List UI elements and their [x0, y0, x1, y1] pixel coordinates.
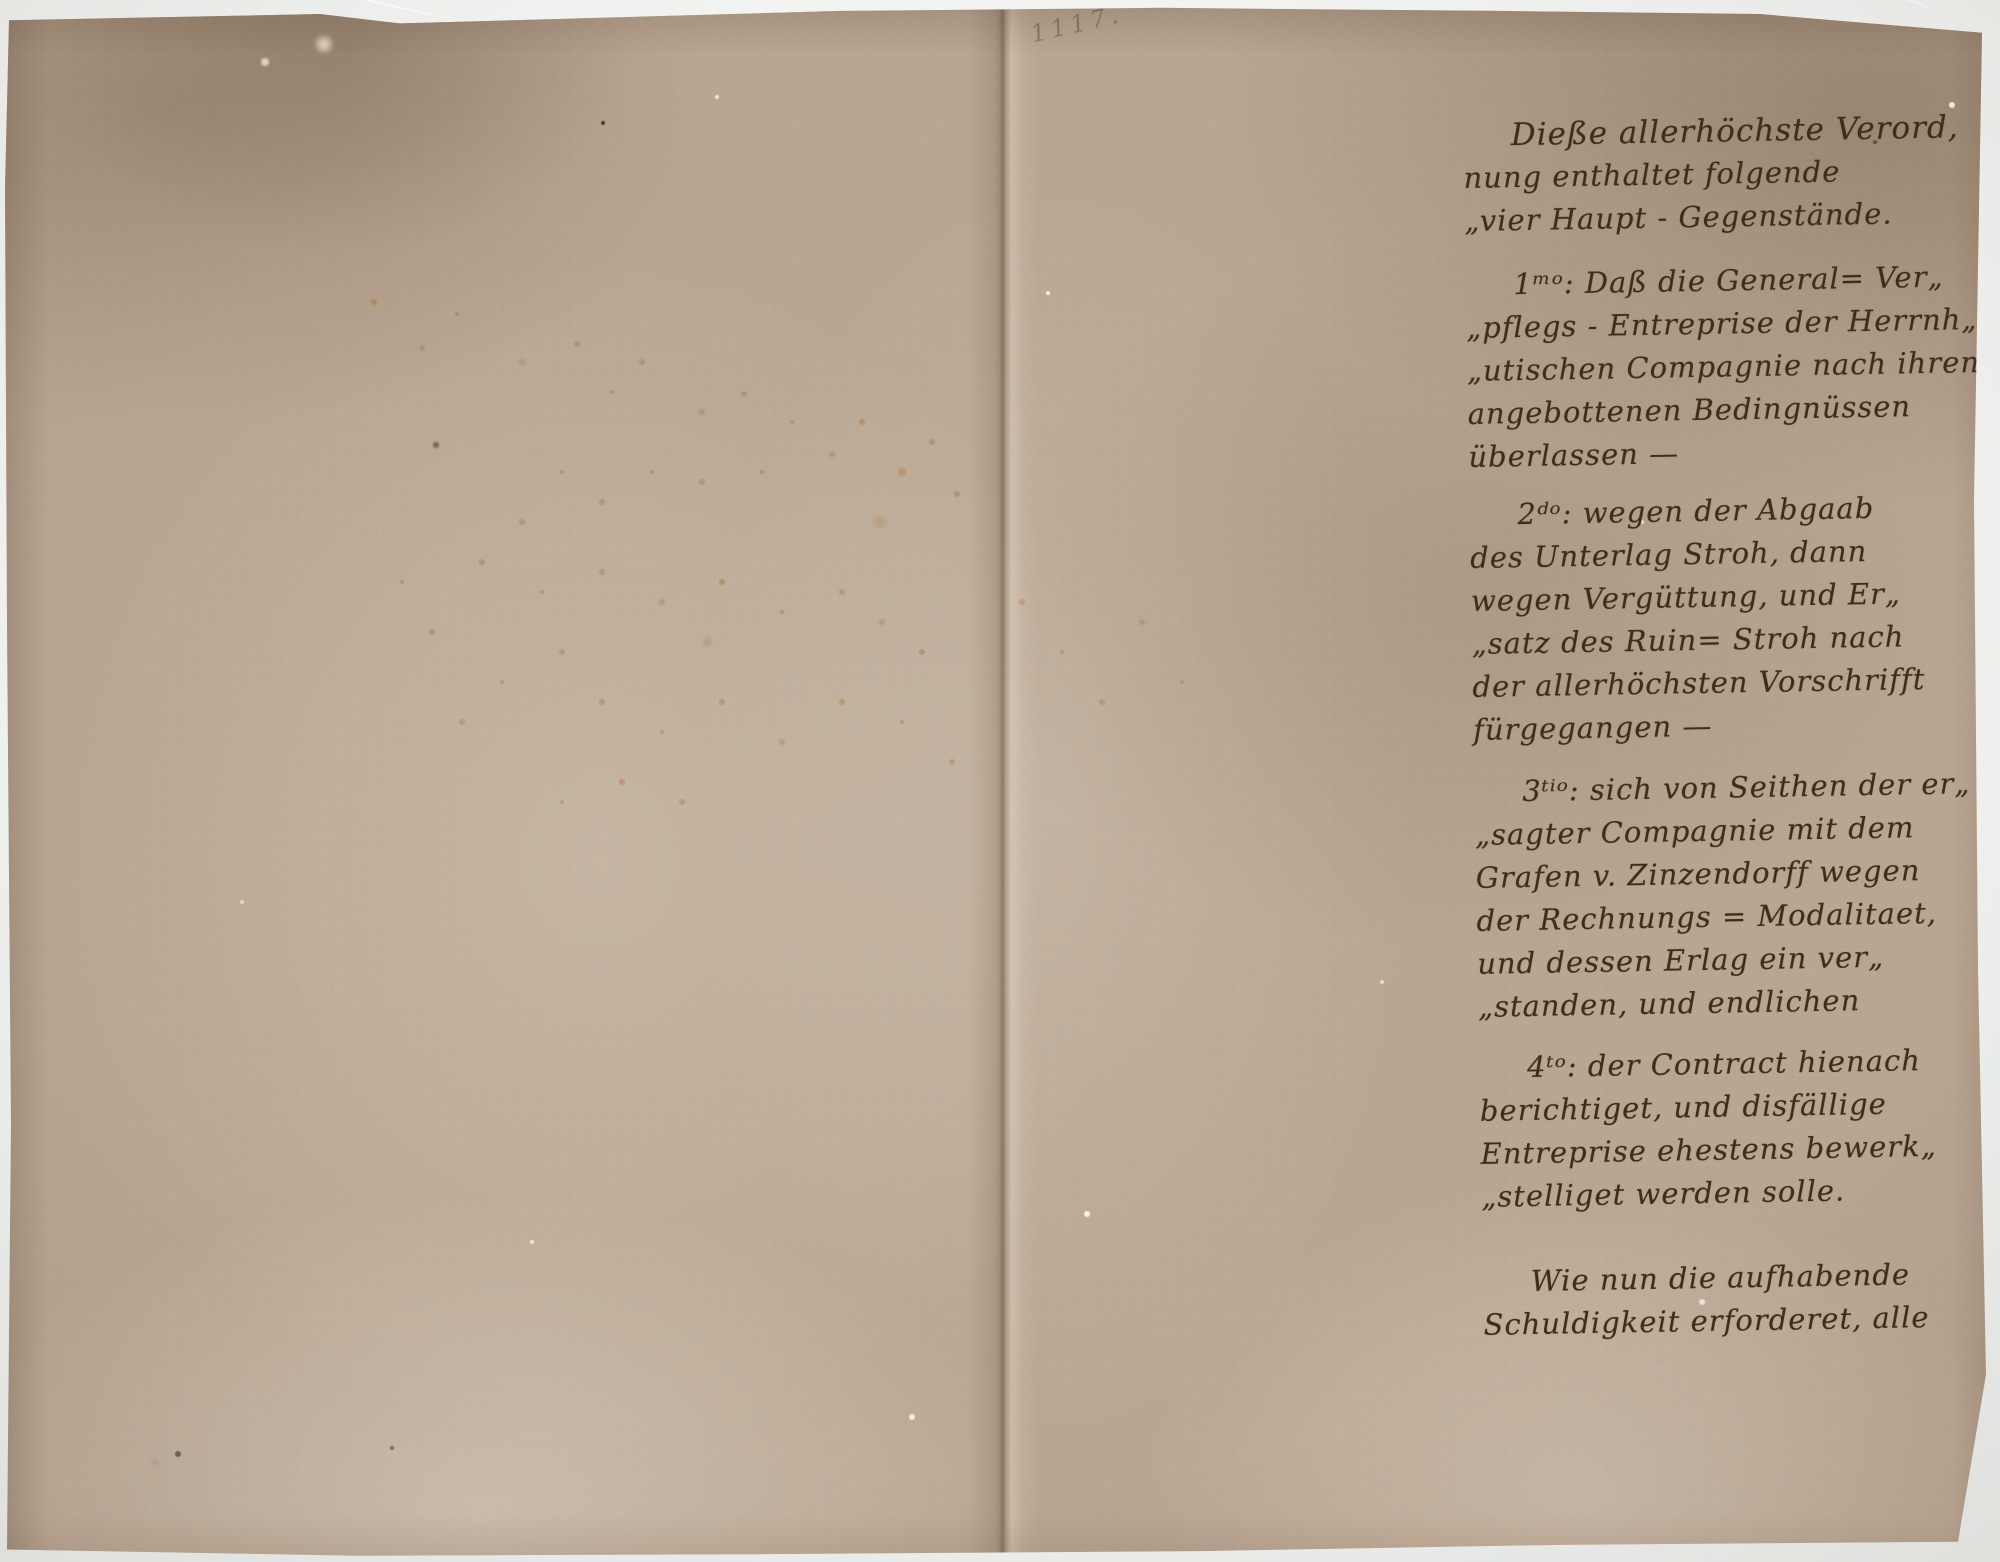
foxing-spots [0, 0, 4, 4]
dark-ink-flecks [0, 0, 4, 4]
manuscript-paper: 1117. Dieße allerhöchste Verord,nung ent… [0, 0, 2000, 1562]
loose-thread-top-left [329, 0, 431, 16]
scan-background: 1117. Dieße allerhöchste Verord,nung ent… [0, 0, 2000, 1562]
paper-edge-shading [0, 0, 2000, 1562]
white-fiber-specks [0, 0, 4, 4]
